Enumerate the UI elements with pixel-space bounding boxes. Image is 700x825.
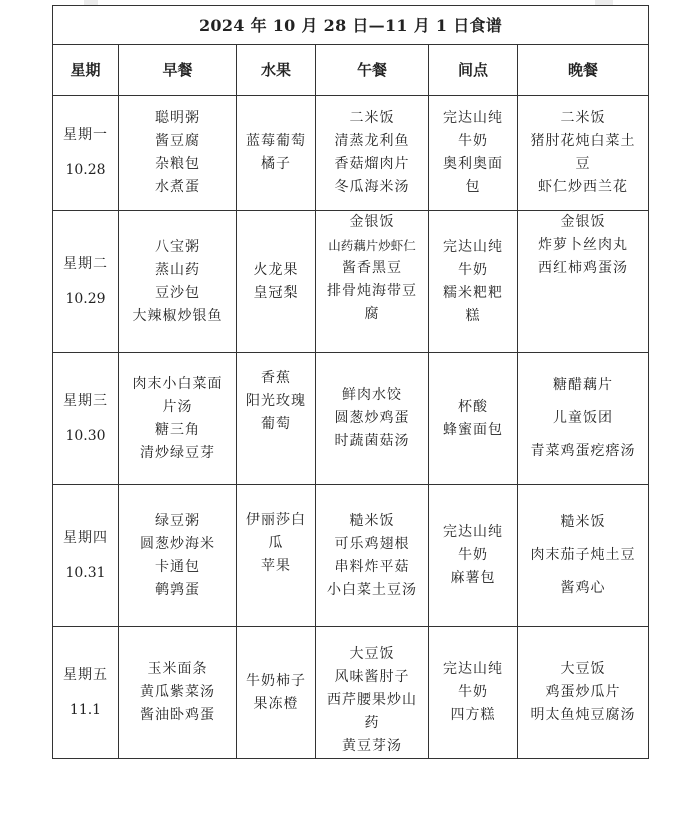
- menu-item: 完达山纯: [431, 658, 515, 681]
- menu-item: 八宝粥: [121, 236, 234, 259]
- menu-item: 完达山纯: [431, 236, 515, 259]
- menu-item: 香蕉: [239, 367, 313, 390]
- dinner-cell: 糖醋藕片 儿童饭团 青菜鸡蛋疙瘩汤: [518, 353, 649, 485]
- menu-item: 时蔬菌菇汤: [318, 430, 426, 453]
- day-name: 星期二: [55, 253, 116, 276]
- day-cell: 星期三 10.30: [53, 353, 119, 485]
- lunch-cell: 大豆饭 风味酱肘子 西芹腰果炒山 药 黄豆芽汤: [316, 627, 429, 759]
- menu-item: 麻薯包: [431, 567, 515, 590]
- snack-cell: 完达山纯 牛奶 糯米粑粑 糕: [429, 211, 518, 353]
- day-date: 10.31: [55, 562, 116, 585]
- breakfast-cell: 玉米面条 黄瓜紫菜汤 酱油卧鸡蛋: [119, 627, 237, 759]
- snack-cell: 杯酸 蜂蜜面包: [429, 353, 518, 485]
- column-header-dinner: 晚餐: [518, 45, 649, 96]
- menu-item: 完达山纯: [431, 107, 515, 130]
- menu-item: 牛奶: [431, 130, 515, 153]
- breakfast-cell: 聪明粥 酱豆腐 杂粮包 水煮蛋: [119, 96, 237, 211]
- menu-item: 片汤: [121, 396, 234, 419]
- menu-item: 聪明粥: [121, 107, 234, 130]
- dinner-cell: 大豆饭 鸡蛋炒瓜片 明太鱼炖豆腐汤: [518, 627, 649, 759]
- menu-item: 杯酸: [431, 396, 515, 419]
- menu-item: 香菇熘肉片: [318, 153, 426, 176]
- breakfast-cell: 绿豆粥 圆葱炒海米 卡通包 鹌鹑蛋: [119, 485, 237, 627]
- dinner-cell: 二米饭 猪肘花炖白菜土 豆 虾仁炒西兰花: [518, 96, 649, 211]
- day-name: 星期一: [55, 124, 116, 147]
- menu-item: 虾仁炒西兰花: [520, 176, 646, 199]
- menu-item: 大豆饭: [318, 643, 426, 666]
- day-date: 10.29: [55, 288, 116, 311]
- menu-item: 小白菜土豆汤: [318, 579, 426, 602]
- menu-item: 果冻橙: [239, 693, 313, 716]
- day-cell: 星期一 10.28: [53, 96, 119, 211]
- table-row: 星期四 10.31 绿豆粥 圆葱炒海米 卡通包 鹌鹑蛋 伊丽莎白 瓜 苹果 糙米…: [53, 485, 649, 627]
- day-date: 10.28: [55, 159, 116, 182]
- menu-item: 蓝莓葡萄: [239, 130, 313, 153]
- menu-item: 大豆饭: [520, 658, 646, 681]
- day-date: 10.30: [55, 425, 116, 448]
- menu-item: 串料炸平菇: [318, 556, 426, 579]
- menu-item: 炸萝卜丝肉丸: [520, 234, 646, 257]
- menu-item: 酱鸡心: [520, 577, 646, 600]
- menu-item: 鹌鹑蛋: [121, 579, 234, 602]
- menu-item: 四方糕: [431, 704, 515, 727]
- lunch-cell: 金银饭 山药藕片炒虾仁 酱香黑豆 排骨炖海带豆 腐: [316, 211, 429, 353]
- menu-item: 西芹腰果炒山: [318, 689, 426, 712]
- menu-item: 酱豆腐: [121, 130, 234, 153]
- menu-item: 山药藕片炒虾仁: [318, 234, 426, 257]
- dinner-cell: 糙米饭 肉末茄子炖土豆 酱鸡心: [518, 485, 649, 627]
- fruit-cell: 火龙果 皇冠梨: [237, 211, 316, 353]
- menu-title: 2024 年 10 月 28 日—11 月 1 日食谱: [53, 6, 649, 45]
- menu-item: 黄豆芽汤: [318, 735, 426, 758]
- day-name: 星期五: [55, 664, 116, 687]
- fruit-cell: 伊丽莎白 瓜 苹果: [237, 485, 316, 627]
- column-header-fruit: 水果: [237, 45, 316, 96]
- menu-item: 药: [318, 712, 426, 735]
- menu-item: 圆葱炒海米: [121, 533, 234, 556]
- menu-item: 皇冠梨: [239, 282, 313, 305]
- menu-item: 猪肘花炖白菜土: [520, 130, 646, 153]
- table-row: 星期三 10.30 肉末小白菜面 片汤 糖三角 清炒绿豆芽 香蕉 阳光玫瑰 葡萄…: [53, 353, 649, 485]
- column-header-lunch: 午餐: [316, 45, 429, 96]
- column-header-breakfast: 早餐: [119, 45, 237, 96]
- menu-item: 大辣椒炒银鱼: [121, 305, 234, 328]
- menu-item: 排骨炖海带豆: [318, 280, 426, 303]
- menu-item: 绿豆粥: [121, 510, 234, 533]
- menu-item: 糖醋藕片: [520, 374, 646, 397]
- title-row: 2024 年 10 月 28 日—11 月 1 日食谱: [53, 6, 649, 45]
- menu-item: 糯米粑粑: [431, 282, 515, 305]
- menu-item: 圆葱炒鸡蛋: [318, 407, 426, 430]
- snack-cell: 完达山纯 牛奶 四方糕: [429, 627, 518, 759]
- column-header-snack: 间点: [429, 45, 518, 96]
- snack-cell: 完达山纯 牛奶 麻薯包: [429, 485, 518, 627]
- table-row: 星期二 10.29 八宝粥 蒸山药 豆沙包 大辣椒炒银鱼 火龙果 皇冠梨 金银饭…: [53, 211, 649, 353]
- menu-item: 明太鱼炖豆腐汤: [520, 704, 646, 727]
- breakfast-cell: 肉末小白菜面 片汤 糖三角 清炒绿豆芽: [119, 353, 237, 485]
- menu-item: 奥利奥面: [431, 153, 515, 176]
- menu-item: 糕: [431, 305, 515, 328]
- day-name: 星期四: [55, 527, 116, 550]
- menu-item: 苹果: [239, 555, 313, 578]
- menu-item: 糙米饭: [520, 511, 646, 534]
- lunch-cell: 糙米饭 可乐鸡翅根 串料炸平菇 小白菜土豆汤: [316, 485, 429, 627]
- menu-item: 糖三角: [121, 419, 234, 442]
- menu-item: 糙米饭: [318, 510, 426, 533]
- menu-item: 鸡蛋炒瓜片: [520, 681, 646, 704]
- day-name: 星期三: [55, 390, 116, 413]
- menu-item: 蒸山药: [121, 259, 234, 282]
- menu-item: 酱油卧鸡蛋: [121, 704, 234, 727]
- menu-item: 肉末小白菜面: [121, 373, 234, 396]
- menu-item: 儿童饭团: [520, 407, 646, 430]
- menu-item: 二米饭: [520, 107, 646, 130]
- menu-item: 酱香黑豆: [318, 257, 426, 280]
- menu-item: 冬瓜海米汤: [318, 176, 426, 199]
- day-cell: 星期四 10.31: [53, 485, 119, 627]
- menu-item: 牛奶柿子: [239, 670, 313, 693]
- menu-item: 黄瓜紫菜汤: [121, 681, 234, 704]
- menu-item: 完达山纯: [431, 521, 515, 544]
- snack-cell: 完达山纯 牛奶 奥利奥面 包: [429, 96, 518, 211]
- menu-item: 橘子: [239, 153, 313, 176]
- menu-item: 水煮蛋: [121, 176, 234, 199]
- day-date: 11.1: [55, 699, 116, 722]
- fruit-cell: 蓝莓葡萄 橘子: [237, 96, 316, 211]
- menu-item: 青菜鸡蛋疙瘩汤: [520, 440, 646, 463]
- menu-item: 牛奶: [431, 681, 515, 704]
- menu-item: 鲜肉水饺: [318, 384, 426, 407]
- menu-item: 杂粮包: [121, 153, 234, 176]
- menu-item: 二米饭: [318, 107, 426, 130]
- menu-item: 豆沙包: [121, 282, 234, 305]
- menu-item: 卡通包: [121, 556, 234, 579]
- dinner-cell: 金银饭 炸萝卜丝肉丸 西红柿鸡蛋汤: [518, 211, 649, 353]
- menu-item: 风味酱肘子: [318, 666, 426, 689]
- menu-item: 腐: [318, 303, 426, 326]
- menu-item: 阳光玫瑰: [239, 390, 313, 413]
- menu-item: 肉末茄子炖土豆: [520, 544, 646, 567]
- fruit-cell: 香蕉 阳光玫瑰 葡萄: [237, 353, 316, 485]
- day-cell: 星期五 11.1: [53, 627, 119, 759]
- lunch-cell: 二米饭 清蒸龙利鱼 香菇熘肉片 冬瓜海米汤: [316, 96, 429, 211]
- menu-item: 清炒绿豆芽: [121, 442, 234, 465]
- header-row: 星期 早餐 水果 午餐 间点 晚餐: [53, 45, 649, 96]
- day-cell: 星期二 10.29: [53, 211, 119, 353]
- column-header-day: 星期: [53, 45, 119, 96]
- menu-item: 葡萄: [239, 413, 313, 436]
- menu-item: 火龙果: [239, 259, 313, 282]
- menu-item: 金银饭: [318, 211, 426, 234]
- menu-item: 金银饭: [520, 211, 646, 234]
- menu-item: 可乐鸡翅根: [318, 533, 426, 556]
- menu-item: 西红柿鸡蛋汤: [520, 257, 646, 280]
- lunch-cell: 鲜肉水饺 圆葱炒鸡蛋 时蔬菌菇汤: [316, 353, 429, 485]
- menu-item: 清蒸龙利鱼: [318, 130, 426, 153]
- menu-item: 蜂蜜面包: [431, 419, 515, 442]
- breakfast-cell: 八宝粥 蒸山药 豆沙包 大辣椒炒银鱼: [119, 211, 237, 353]
- menu-item: 瓜: [239, 532, 313, 555]
- menu-item: 包: [431, 176, 515, 199]
- weekly-menu-table: 2024 年 10 月 28 日—11 月 1 日食谱 星期 早餐 水果 午餐 …: [52, 5, 649, 759]
- menu-item: 玉米面条: [121, 658, 234, 681]
- menu-item: 牛奶: [431, 544, 515, 567]
- menu-item: 豆: [520, 153, 646, 176]
- table-row: 星期一 10.28 聪明粥 酱豆腐 杂粮包 水煮蛋 蓝莓葡萄 橘子 二米饭 清蒸…: [53, 96, 649, 211]
- table-row: 星期五 11.1 玉米面条 黄瓜紫菜汤 酱油卧鸡蛋 牛奶柿子 果冻橙 大豆饭 风…: [53, 627, 649, 759]
- fruit-cell: 牛奶柿子 果冻橙: [237, 627, 316, 759]
- menu-item: 牛奶: [431, 259, 515, 282]
- menu-item: 伊丽莎白: [239, 509, 313, 532]
